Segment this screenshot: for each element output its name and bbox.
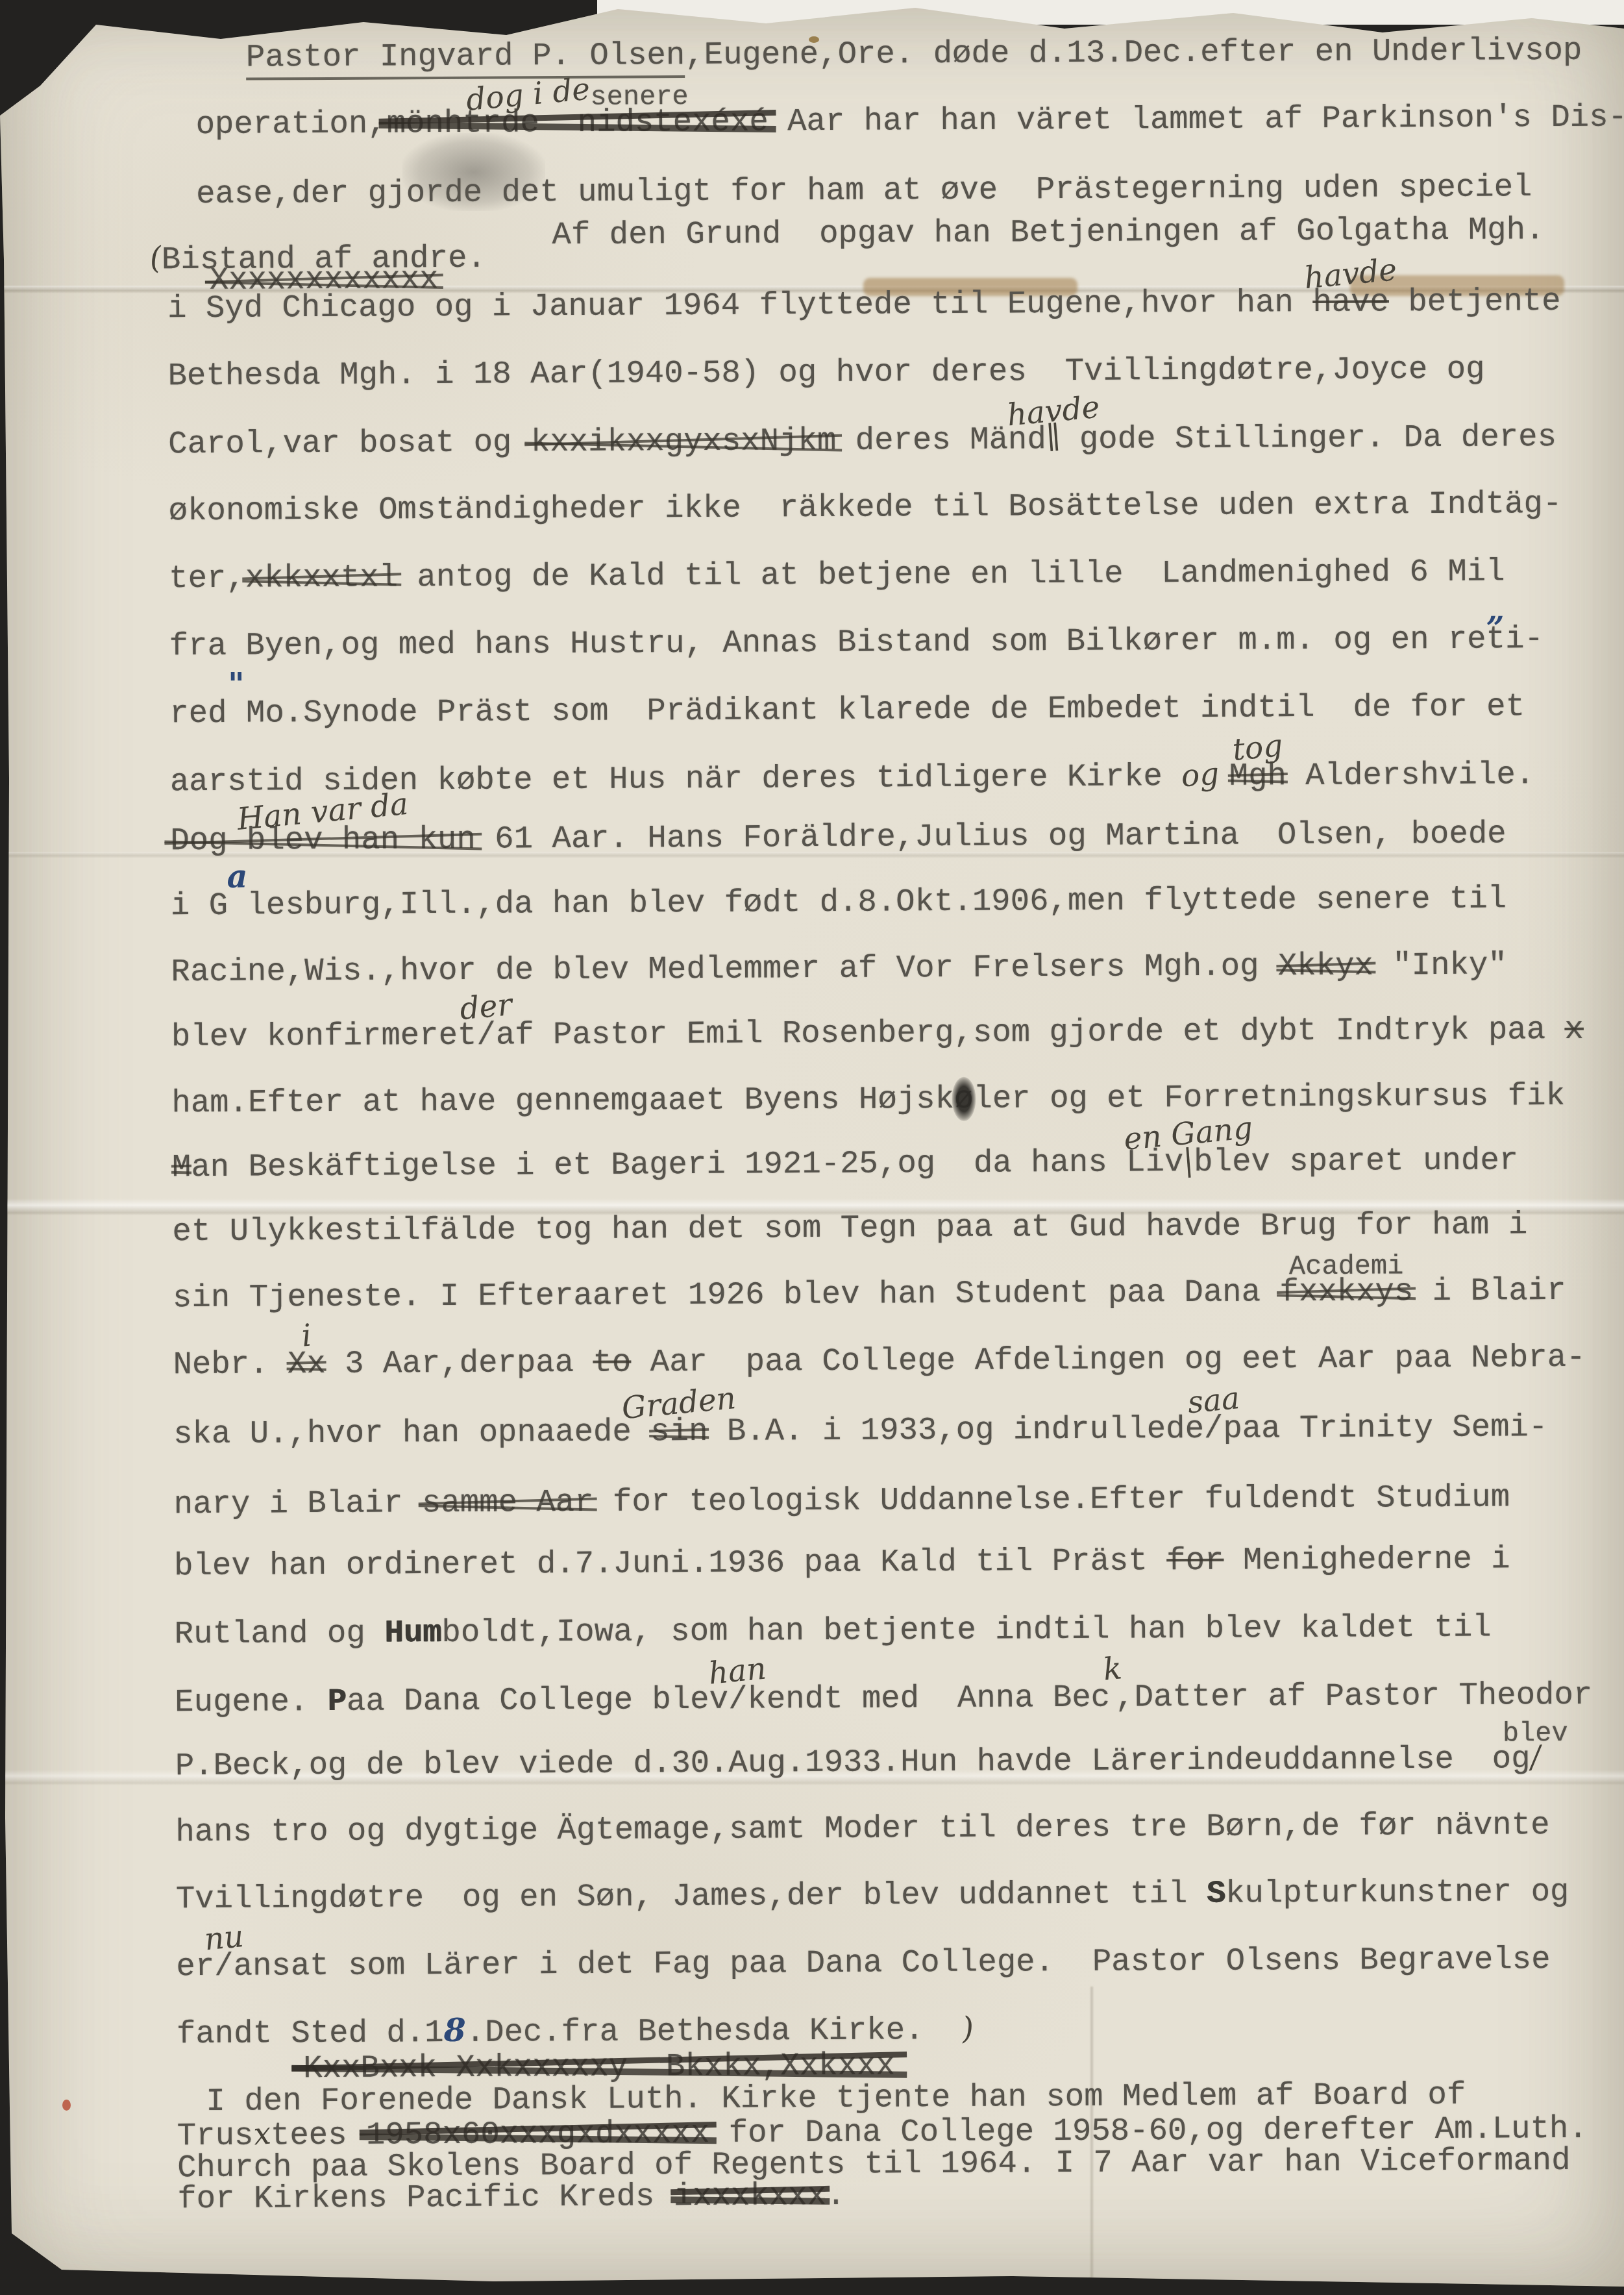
underlined-title: Pastor Ingvard P. Olsen	[246, 37, 685, 81]
typed-text: operation,	[195, 105, 386, 143]
typed-text: Tvillingdøtre og en Søn, James,der blev …	[176, 1876, 1207, 1917]
typed-text: Mo.Synode Präst som Prädikant klarede de…	[246, 688, 1525, 731]
typed-text: Aldershvile.	[1286, 756, 1535, 794]
typed-text: et Ulykkestilfälde tog han det som Tegn …	[172, 1206, 1527, 1250]
typed-text: Nebr.	[173, 1346, 288, 1383]
annotated-text: fxxkxysAcademi	[1279, 1274, 1413, 1310]
annotation-above-line: han	[709, 1655, 767, 1691]
paper-sheet: Pastor Ingvard P. Olsen,Eugene,Ore. døde…	[0, 0, 1624, 2295]
handwritten-annotation: Graden	[621, 1382, 737, 1426]
annotation-above-line: blev	[1503, 1715, 1568, 1750]
text-line: fra Byen,og med hans Hustru, Annas Bista…	[169, 621, 1544, 664]
typed-text: Eugene.	[175, 1683, 328, 1720]
typed-text: i Blair	[1413, 1272, 1566, 1309]
handwritten-annotation: saa	[1186, 1382, 1241, 1421]
annotated-text: ∥havde	[1046, 421, 1061, 458]
typed-text: red	[169, 695, 227, 732]
typed-text: Aar paa College Afdelingen og eet Aar pa…	[631, 1339, 1586, 1381]
text-line: sin Tjeneste. I Efteraaret 1926 blev han…	[173, 1273, 1566, 1316]
handwritten-annotation: havde	[1303, 254, 1398, 297]
annotation-above-line: k	[1103, 1653, 1122, 1689]
annotated-text: "	[227, 696, 246, 732]
typed-text: Bethesda Mgh. i 18 Aar(1940-58) og hvor …	[167, 351, 1484, 395]
handwritten-annotation: han	[707, 1652, 768, 1692]
text-line: for Kirkens Pacific Kreds ixxxkxxx.	[177, 2178, 845, 2217]
text-line: hans tro og dygtige Ägtemage,samt Moder …	[175, 1807, 1549, 1850]
annotation-above-line: der	[460, 991, 513, 1027]
typed-text: ham.Efter at have gennemgaaet Byens Højs…	[171, 1081, 954, 1121]
handwritten-annotation: nu	[203, 1920, 245, 1958]
text-line: et Ulykkestilfälde tog han det som Tegn …	[172, 1207, 1527, 1250]
struck-text: x	[1564, 1011, 1584, 1048]
scribbled-out-text: M	[172, 1150, 191, 1185]
typed-text: nary i Blair	[174, 1485, 423, 1522]
annotated-text: mönhtrde nidstexéxédog i de senere	[386, 104, 768, 142]
typed-text: Carol,var bosat og	[168, 424, 531, 462]
text-line: red "Mo.Synode Präst som Prädikant klare…	[169, 689, 1525, 732]
blue-ink-annotation: a	[227, 858, 248, 895]
typed-text: for teologisk Uddannelse.Efter fuldendt …	[593, 1479, 1510, 1520]
text-line: ter,xkkxxtxl antog de Kald til at betjen…	[169, 554, 1505, 597]
handwritten-annotation: havde	[1005, 390, 1101, 433]
overtyped-text: Hum	[384, 1615, 442, 1651]
typed-text: ,Datter af Pastor Theodor	[1115, 1677, 1592, 1716]
typed-text: i G	[171, 887, 228, 924]
annotated-text: |en Gang	[1183, 1144, 1194, 1180]
text-line: Af den Grund opgav han Betjeningen af Go…	[552, 212, 1544, 253]
scribbled-out-text: Xkkyx	[1278, 948, 1373, 984]
typed-text: ska U.,hvor han opnaaede	[173, 1413, 650, 1452]
annotation-above-line: tog	[1233, 732, 1283, 768]
text-line: blev han ordineret d.7.Juni.1936 paa Kal…	[174, 1541, 1510, 1584]
annotated-text: Xxi	[288, 1346, 326, 1382]
typed-text: økonomiske Omständigheder ikke räkkede t…	[169, 486, 1562, 529]
typed-text: ter,	[169, 560, 245, 597]
handwritten-annotation: k	[1101, 1652, 1123, 1688]
annotation-above-line: „	[1486, 593, 1505, 631]
typed-text: aa Dana College blev	[347, 1681, 728, 1720]
annotated-text: Dog blev han kunHan var da	[170, 822, 476, 859]
handwritten-annotation: tog	[1231, 729, 1285, 768]
annotation-above-line: i	[302, 1319, 312, 1356]
typed-text: ler og et Forretningskursus fik	[973, 1078, 1565, 1117]
blue-ink-annotation: "	[228, 665, 245, 703]
typed-text: betjente	[1389, 283, 1561, 320]
text-line: blev konfirmeret/deraf Pastor Emil Rosen…	[171, 1012, 1584, 1055]
typed-text: B.A. i 1933,og indrullede	[707, 1411, 1204, 1450]
text-line: i G alesburg,Ill.,da han blev født d.8.O…	[171, 881, 1507, 924]
typed-text: hans tro og dygtige Ägtemage,samt Moder …	[175, 1807, 1549, 1850]
annotation-above-line: nu	[204, 1922, 243, 1958]
annotated-text: /nu	[214, 1949, 234, 1985]
text-line: er/nuansat som Lärer i det Fag paa Dana …	[176, 1942, 1550, 1985]
annotated-text: sinGraden	[650, 1414, 708, 1450]
typed-text: for Kirkens Pacific Kreds	[177, 2178, 674, 2217]
scanned-document: Pastor Ingvard P. Olsen,Eugene,Ore. døde…	[0, 0, 1624, 2295]
struck-text: to	[593, 1344, 631, 1380]
text-line: Nebr. Xxi 3 Aar,derpaa to Aar paa Colleg…	[173, 1340, 1585, 1383]
typed-text: paa Trinity Semi-	[1223, 1409, 1547, 1447]
typed-text: kulpturkunstner og	[1225, 1874, 1569, 1912]
annotation-above-line: Han var da	[237, 795, 409, 832]
typed-text: lesburg,Ill.,da han blev født d.8.Okt.19…	[247, 880, 1507, 923]
text-line: økonomiske Omständigheder ikke räkkede t…	[169, 486, 1562, 529]
typed-text: Racine,Wis.,hvor de blev Medlemmer af Vo…	[171, 948, 1278, 990]
document-text: Pastor Ingvard P. Olsen,Eugene,Ore. døde…	[0, 0, 1624, 2295]
text-line: fandt Sted d.18.Dec.fra Bethesda Kirke. …	[177, 2010, 974, 2052]
text-line: Rutland og Humboldt,Iowa, som han betjen…	[175, 1610, 1492, 1652]
annotation-above-line: en Gang	[1124, 1117, 1253, 1154]
text-line: Bethesda Mgh. i 18 Aar(1940-58) og hvor …	[167, 352, 1484, 394]
annotated-text: /saa	[1204, 1411, 1224, 1447]
annotated-text: /der	[476, 1018, 496, 1054]
text-line: operation,mönhtrde nidstexéxédog i de se…	[195, 99, 1624, 142]
typed-text: sin Tjeneste. I Efteraaret 1926 blev han…	[173, 1274, 1280, 1316]
text-line: Racine,Wis.,hvor de blev Medlemmer af Vo…	[171, 947, 1507, 990]
typed-text: ,Eugene,Ore. døde d.13.Dec.efter en Unde…	[685, 32, 1582, 73]
typed-text: fra Byen,og med hans Hustru, Annas Bista…	[169, 621, 1448, 664]
text-line: ease,der gjorde det umuligt for ham at ø…	[196, 169, 1532, 212]
typed-text: Af den Grund opgav han Betjeningen af Go…	[552, 212, 1544, 253]
handwritten-annotation: dog i de	[465, 73, 591, 118]
annotation-above-line: a	[227, 859, 248, 897]
typed-text: "Inky"	[1373, 947, 1507, 984]
annotated-text: /blev	[1530, 1741, 1540, 1777]
annotation-above-line: saa	[1187, 1384, 1239, 1420]
typed-text: blev konfirmeret	[171, 1017, 477, 1055]
text-line: ham.Efter at have gennemgaaet Byens Højs…	[171, 1078, 1565, 1121]
typed-text: .	[826, 2177, 846, 2214]
scribbled-out-text: xkkxxtxl	[245, 560, 399, 596]
annotated-text: havehavde	[1312, 284, 1389, 320]
annotated-text: /han	[728, 1682, 748, 1718]
blue-ink-annotation: „	[1486, 591, 1505, 629]
overtyped-text: S	[1207, 1876, 1226, 1912]
struck-text: for	[1166, 1543, 1224, 1579]
typed-text: Rutland og	[175, 1615, 385, 1652]
typed-insertion: senere	[590, 81, 688, 113]
annotated-text: k	[1110, 1680, 1115, 1716]
typed-text: .Dec.fra Bethesda Kirke.	[466, 2012, 963, 2051]
handwritten-annotation: i	[300, 1319, 313, 1354]
typed-text: af Pastor Emil Rosenberg,som gjorde et d…	[496, 1011, 1565, 1054]
text-line: Pastor Ingvard P. Olsen,Eugene,Ore. døde…	[246, 33, 1582, 76]
blue-ink-annotation: 8	[443, 2011, 465, 2049]
annotation-above-line: dog i de senere	[466, 77, 689, 115]
handwritten-annotation: en Gang	[1123, 1111, 1255, 1158]
typed-insertion: Academi	[1289, 1251, 1404, 1283]
typed-text: i Syd Chicago og i Januar 1964 flyttede …	[167, 284, 1313, 327]
scribbled-out-text: ixxxkxxx	[674, 2178, 827, 2214]
text-line: P.Beck,og de blev viede d.30.Aug.1933.Hu…	[175, 1741, 1541, 1784]
handwritten-annotation: )	[961, 2011, 975, 2046]
typed-text: ease,der gjorde det umuligt for ham at ø…	[196, 169, 1532, 212]
typed-text: 3 Aar,derpaa	[326, 1345, 593, 1382]
scribbled-out-text: samme Aar	[422, 1485, 594, 1521]
typed-text: boldt,Iowa, som han betjente indtil han …	[441, 1609, 1492, 1651]
annotation-above-line: "	[228, 667, 245, 705]
annotation-above-line: havde	[1007, 394, 1100, 431]
text-line: Dog blev han kunHan var da 61 Aar. Hans …	[170, 816, 1507, 859]
annotated-text: reti-„	[1448, 621, 1544, 658]
text-line: Carol,var bosat og kxxikxxgyxsxNjkm dere…	[168, 419, 1556, 462]
typed-text: an Beskäftigelse i et Bageri 1921-25,og …	[191, 1144, 1183, 1185]
scribbled-out-text: kxxikxxgyxsxNjkm	[531, 423, 837, 460]
typed-text: 61 Aar. Hans Foräldre,Julius og Martina …	[476, 815, 1507, 857]
text-line: Man Beskäftigelse i et Bageri 1921-25,og…	[172, 1142, 1518, 1185]
typed-text: fandt Sted d.1	[177, 2015, 444, 2052]
text-line: Tvillingdøtre og en Søn, James,der blev …	[176, 1874, 1569, 1917]
typed-text: gode Stillinger. Da deres	[1060, 419, 1556, 458]
handwritten-annotation: der	[458, 988, 513, 1027]
ink-blot: ø	[954, 1081, 974, 1117]
typed-text: antog de Kald til at betjene en lille La…	[398, 553, 1505, 595]
typed-text: ansat som Lärer i det Fag paa Dana Colle…	[234, 1941, 1551, 1985]
handwritten-annotation: (	[149, 242, 163, 277]
typed-text: kendt med Anna Bec	[747, 1680, 1110, 1718]
annotated-text: a	[228, 888, 247, 924]
text-line: nary i Blair samme Aar for teologisk Udd…	[174, 1480, 1510, 1522]
text-line: i Syd Chicago og i Januar 1964 flyttede …	[167, 284, 1561, 327]
typed-text: Menighederne i	[1224, 1541, 1510, 1578]
annotation-above-line: Graden	[622, 1387, 737, 1424]
scanner-background	[597, 0, 1624, 25]
typed-text: P.Beck,og de blev viede d.30.Aug.1933.Hu…	[175, 1741, 1531, 1784]
handwritten-annotation: og	[1180, 756, 1230, 794]
overtyped-text: P	[327, 1683, 347, 1720]
typed-text: blev han ordineret d.7.Juni.1936 paa Kal…	[174, 1543, 1166, 1584]
text-line: Eugene. Paa Dana College blev/hankendt m…	[175, 1678, 1592, 1720]
typed-text: Aar har han väret lammet af Parkinson's …	[769, 99, 1624, 140]
handwritten-annotation: x	[252, 2117, 271, 2152]
text-line: ska U.,hvor han opnaaede sinGraden B.A. …	[173, 1409, 1547, 1452]
annotation-above-line: havde	[1304, 258, 1397, 295]
annotated-text: Mghtog	[1229, 758, 1287, 794]
typed-insertion: blev	[1503, 1718, 1568, 1750]
annotation-above-line: Academi	[1289, 1248, 1404, 1284]
